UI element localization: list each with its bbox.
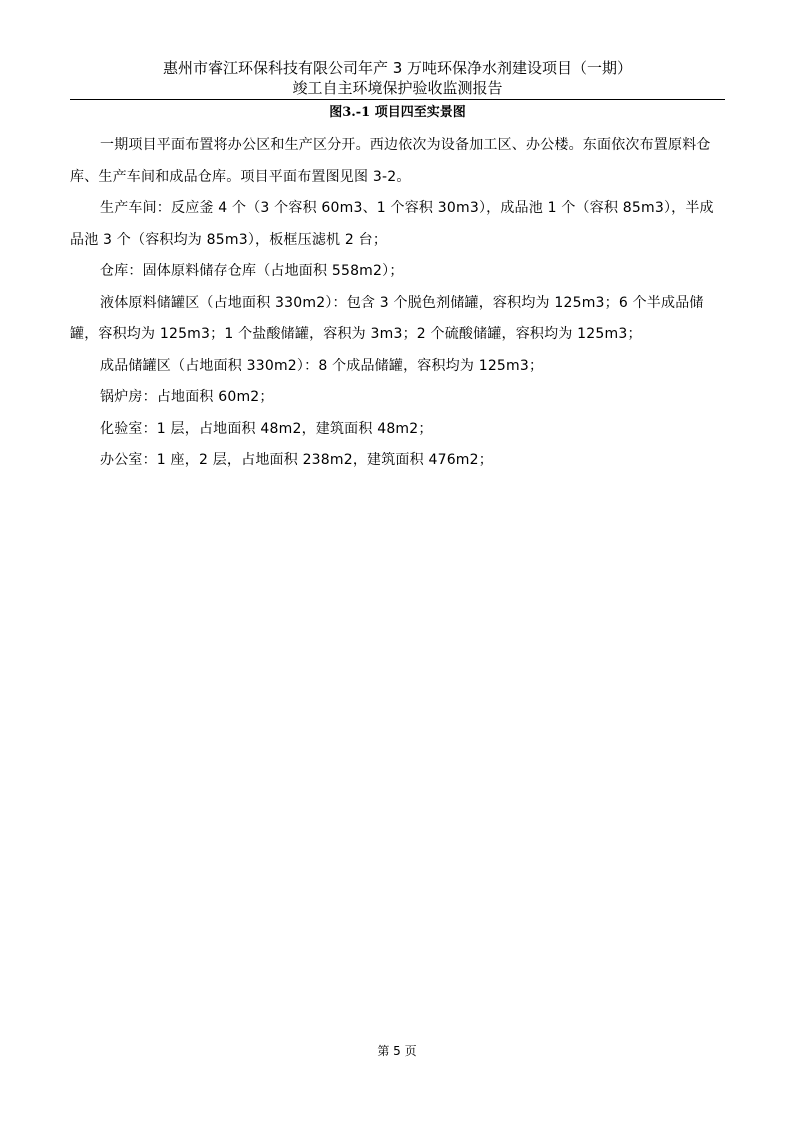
figure-caption: 图3.-1 项目四至实景图	[70, 104, 725, 122]
page-header: 惠州市睿江环保科技有限公司年产 3 万吨环保净水剂建设项目（一期） 竣工自主环境…	[70, 58, 725, 98]
header-title-line1: 惠州市睿江环保科技有限公司年产 3 万吨环保净水剂建设项目（一期）	[70, 58, 725, 78]
header-title-line2: 竣工自主环境保护验收监测报告	[70, 78, 725, 98]
paragraph-liquid-tank-area: 液体原料储罐区（占地面积 330m2）：包含 3 个脱色剂储罐，容积均为 125…	[70, 288, 725, 351]
body-text: 一期项目平面布置将办公区和生产区分开。西边依次为设备加工区、办公楼。东面依次布置…	[70, 130, 725, 477]
paragraph-production-workshop: 生产车间：反应釜 4 个（3 个容积 60m3、1 个容积 30m3），成品池 …	[70, 193, 725, 256]
paragraph-boiler-room: 锅炉房：占地面积 60m2；	[70, 382, 725, 414]
page-number: 第 5 页	[0, 1042, 794, 1059]
paragraph-office: 办公室：1 座，2 层，占地面积 238m2，建筑面积 476m2；	[70, 445, 725, 477]
paragraph-laboratory: 化验室：1 层，占地面积 48m2，建筑面积 48m2；	[70, 414, 725, 446]
paragraph-product-tank-area: 成品储罐区（占地面积 330m2）：8 个成品储罐，容积均为 125m3；	[70, 351, 725, 383]
header-divider	[70, 99, 725, 100]
paragraph-layout-overview: 一期项目平面布置将办公区和生产区分开。西边依次为设备加工区、办公楼。东面依次布置…	[70, 130, 725, 193]
paragraph-warehouse: 仓库：固体原料储存仓库（占地面积 558m2）；	[70, 256, 725, 288]
